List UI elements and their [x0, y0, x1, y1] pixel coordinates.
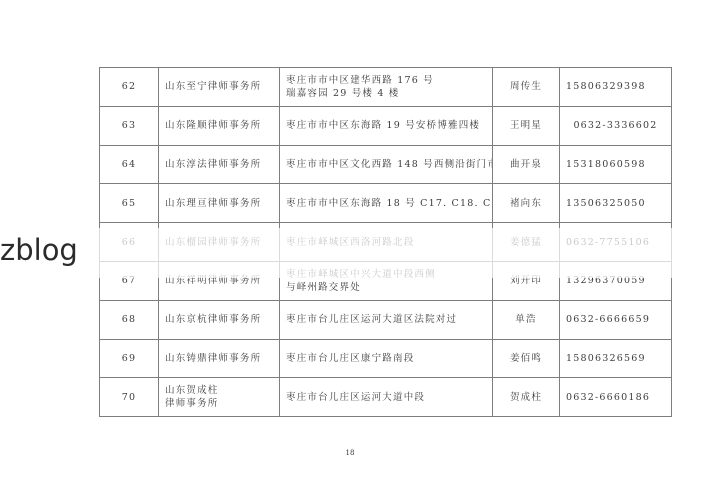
page-number: 18	[340, 449, 360, 457]
address-line: 瑞嘉容园 29 号楼 4 楼	[286, 87, 486, 100]
firm-name: 山东理亘律师事务所	[159, 184, 280, 223]
watermark-text: zblog	[0, 232, 78, 268]
watermark-overlay	[0, 228, 707, 278]
firm-address: 枣庄市台儿庄区康宁路南段	[280, 339, 493, 378]
phone-number: 15806326569	[560, 339, 672, 378]
phone-number: 13506325050	[560, 184, 672, 223]
phone-number: 0632-6666659	[560, 300, 672, 339]
firm-name: 山东至宁律师事务所	[159, 68, 280, 107]
phone-number: 0632-6660186	[560, 378, 672, 417]
table-row: 62 山东至宁律师事务所 枣庄市市中区建华西路 176 号 瑞嘉容园 29 号楼…	[100, 68, 672, 107]
firm-address: 枣庄市台儿庄区运河大道中段	[280, 378, 493, 417]
row-number: 64	[100, 145, 159, 184]
contact-person: 姜佰鸣	[493, 339, 560, 378]
table-row: 65 山东理亘律师事务所 枣庄市市中区东海路 18 号 C17. C18. C1…	[100, 184, 672, 223]
table-row: 68 山东京杭律师事务所 枣庄市台儿庄区运河大道区法院对过 单浩 0632-66…	[100, 300, 672, 339]
firm-name: 山东京杭律师事务所	[159, 300, 280, 339]
row-number: 62	[100, 68, 159, 107]
table-row: 64 山东淳法律师事务所 枣庄市市中区文化西路 148 号西侧沿街门市 曲开泉 …	[100, 145, 672, 184]
row-number: 68	[100, 300, 159, 339]
phone-number: 0632-3336602	[560, 106, 672, 145]
address-line: 与峄州路交界处	[286, 281, 486, 294]
contact-person: 王明星	[493, 106, 560, 145]
row-number: 70	[100, 378, 159, 417]
contact-person: 曲开泉	[493, 145, 560, 184]
firm-name: 山东隆顺律师事务所	[159, 106, 280, 145]
firm-address: 枣庄市台儿庄区运河大道区法院对过	[280, 300, 493, 339]
contact-person: 褚向东	[493, 184, 560, 223]
firm-address: 枣庄市市中区建华西路 176 号 瑞嘉容园 29 号楼 4 楼	[280, 68, 493, 107]
document-page: 62 山东至宁律师事务所 枣庄市市中区建华西路 176 号 瑞嘉容园 29 号楼…	[0, 0, 707, 500]
firm-name: 山东铸鼎律师事务所	[159, 339, 280, 378]
firm-address: 枣庄市市中区东海路 19 号安桥博雅四楼	[280, 106, 493, 145]
firm-address: 枣庄市市中区文化西路 148 号西侧沿街门市	[280, 145, 493, 184]
firm-name-line: 山东贺成柱	[165, 384, 273, 397]
contact-person: 周传生	[493, 68, 560, 107]
table-row: 63 山东隆顺律师事务所 枣庄市市中区东海路 19 号安桥博雅四楼 王明星 06…	[100, 106, 672, 145]
phone-number: 15806329398	[560, 68, 672, 107]
table-row: 70 山东贺成柱 律师事务所 枣庄市台儿庄区运河大道中段 贺成柱 0632-66…	[100, 378, 672, 417]
contact-person: 贺成柱	[493, 378, 560, 417]
row-number: 65	[100, 184, 159, 223]
firm-address: 枣庄市市中区东海路 18 号 C17. C18. C19	[280, 184, 493, 223]
row-number: 69	[100, 339, 159, 378]
phone-number: 15318060598	[560, 145, 672, 184]
table-row: 69 山东铸鼎律师事务所 枣庄市台儿庄区康宁路南段 姜佰鸣 1580632656…	[100, 339, 672, 378]
firm-name: 山东贺成柱 律师事务所	[159, 378, 280, 417]
address-line: 枣庄市市中区建华西路 176 号	[286, 74, 486, 87]
firm-name: 山东淳法律师事务所	[159, 145, 280, 184]
contact-person: 单浩	[493, 300, 560, 339]
row-number: 63	[100, 106, 159, 145]
firm-name-line: 律师事务所	[165, 397, 273, 410]
